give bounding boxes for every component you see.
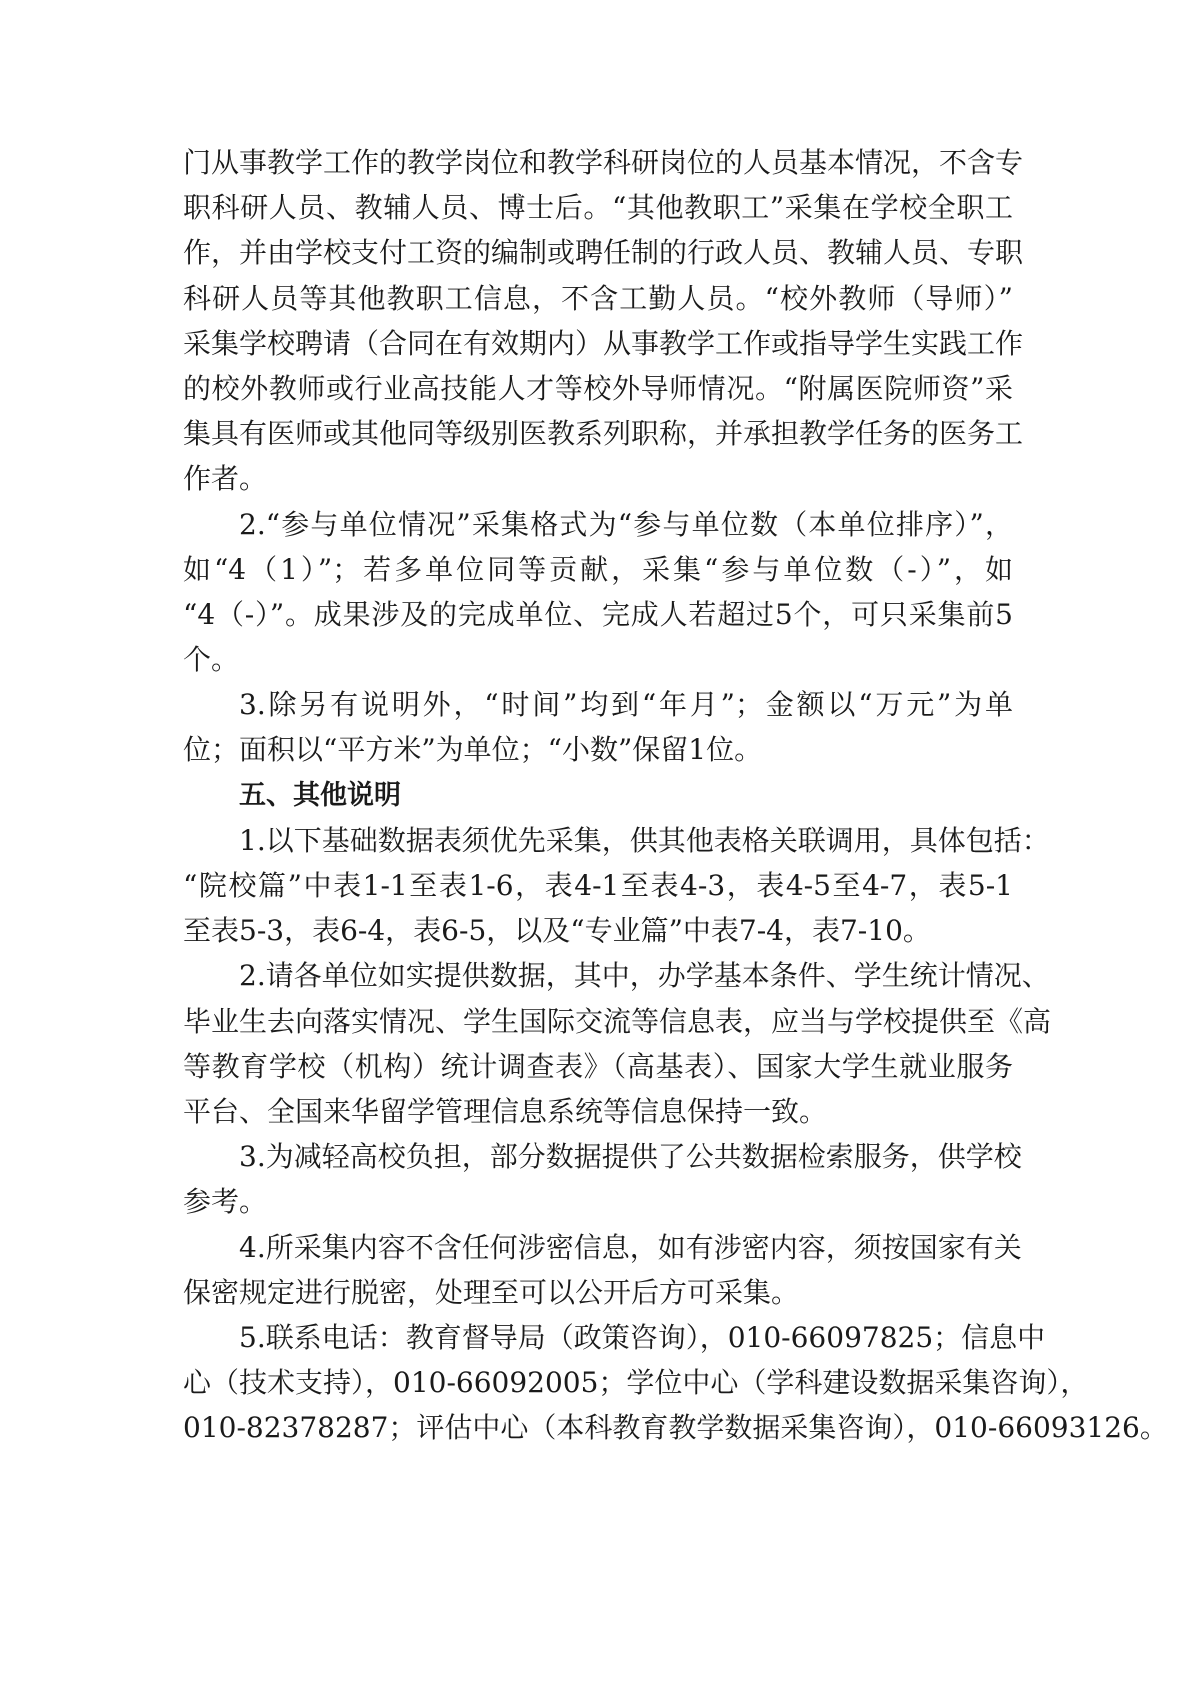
- text-line: 门从事教学工作的教学岗位和教学科研岗位的人员基本情况，不含专: [183, 140, 1013, 185]
- document-page: 门从事教学工作的教学岗位和教学科研岗位的人员基本情况，不含专 职科研人员、教辅人…: [183, 140, 1013, 1450]
- text-line: 至表5-3，表6-4，表6-5，以及“专业篇”中表7-4，表7-10。: [183, 908, 1013, 953]
- text-line: 参考。: [183, 1179, 1013, 1224]
- text-line: 作，并由学校支付工资的编制或聘任制的行政人员、教辅人员、专职: [183, 230, 1013, 275]
- text-line: 采集学校聘请（合同在有效期内）从事教学工作或指导学生实践工作: [183, 321, 1013, 366]
- text-line: 集具有医师或其他同等级别医教系列职称，并承担教学任务的医务工: [183, 411, 1013, 456]
- text-line: 3.除另有说明外，“时间”均到“年月”；金额以“万元”为单: [183, 682, 1013, 727]
- text-line: “院校篇”中表1-1至表1-6，表4-1至表4-3，表4-5至4-7，表5-1: [183, 863, 1013, 908]
- text-line: 职科研人员、教辅人员、博士后。“其他教职工”采集在学校全职工: [183, 185, 1013, 230]
- text-line: 如“4（1）”；若多单位同等贡献，采集“参与单位数（-）”，如: [183, 547, 1013, 592]
- text-line: 心（技术支持），010-66092005；学位中心（学科建设数据采集咨询），: [183, 1360, 1013, 1405]
- text-line: 科研人员等其他教职工信息，不含工勤人员。“校外教师（导师）”: [183, 276, 1013, 321]
- paragraph-note-1: 1.以下基础数据表须优先采集，供其他表格关联调用，具体包括： “院校篇”中表1-…: [183, 818, 1013, 954]
- text-line: 4.所采集内容不含任何涉密信息，如有涉密内容，须按国家有关: [183, 1225, 1013, 1270]
- paragraph-note-3: 3.为减轻高校负担，部分数据提供了公共数据检索服务，供学校 参考。: [183, 1134, 1013, 1224]
- text-line: 平台、全国来华留学管理信息系统等信息保持一致。: [183, 1089, 1013, 1134]
- text-line: 1.以下基础数据表须优先采集，供其他表格关联调用，具体包括：: [183, 818, 1013, 863]
- text-line: 010-82378287；评估中心（本科教育教学数据采集咨询），010-6609…: [183, 1405, 1013, 1450]
- text-line: 5.联系电话：教育督导局（政策咨询），010-66097825；信息中: [183, 1315, 1013, 1360]
- text-line: 3.为减轻高校负担，部分数据提供了公共数据检索服务，供学校: [183, 1134, 1013, 1179]
- paragraph-item-3: 3.除另有说明外，“时间”均到“年月”；金额以“万元”为单 位；面积以“平方米”…: [183, 682, 1013, 772]
- text-line: 位；面积以“平方米”为单位；“小数”保留1位。: [183, 727, 1013, 772]
- paragraph-note-4: 4.所采集内容不含任何涉密信息，如有涉密内容，须按国家有关 保密规定进行脱密，处…: [183, 1225, 1013, 1315]
- text-line: 2.请各单位如实提供数据，其中，办学基本条件、学生统计情况、: [183, 953, 1013, 998]
- text-line: “4（-）”。成果涉及的完成单位、完成人若超过5个，可只采集前5: [183, 592, 1013, 637]
- text-line: 毕业生去向落实情况、学生国际交流等信息表，应当与学校提供至《高: [183, 999, 1013, 1044]
- text-line: 2.“参与单位情况”采集格式为“参与单位数（本单位排序）”，: [183, 502, 1013, 547]
- paragraph-note-2: 2.请各单位如实提供数据，其中，办学基本条件、学生统计情况、 毕业生去向落实情况…: [183, 953, 1013, 1134]
- paragraph-item-2: 2.“参与单位情况”采集格式为“参与单位数（本单位排序）”， 如“4（1）”；若…: [183, 502, 1013, 683]
- text-line: 的校外教师或行业高技能人才等校外导师情况。“附属医院师资”采: [183, 366, 1013, 411]
- section-heading: 五、其他说明: [183, 773, 1013, 818]
- paragraph-teacher-definitions: 门从事教学工作的教学岗位和教学科研岗位的人员基本情况，不含专 职科研人员、教辅人…: [183, 140, 1013, 502]
- text-line: 保密规定进行脱密，处理至可以公开后方可采集。: [183, 1270, 1013, 1315]
- text-line: 等教育学校（机构）统计调查表》（高基表）、国家大学生就业服务: [183, 1044, 1013, 1089]
- text-line: 作者。: [183, 456, 1013, 501]
- text-line: 个。: [183, 637, 1013, 682]
- paragraph-note-5-contacts: 5.联系电话：教育督导局（政策咨询），010-66097825；信息中 心（技术…: [183, 1315, 1013, 1451]
